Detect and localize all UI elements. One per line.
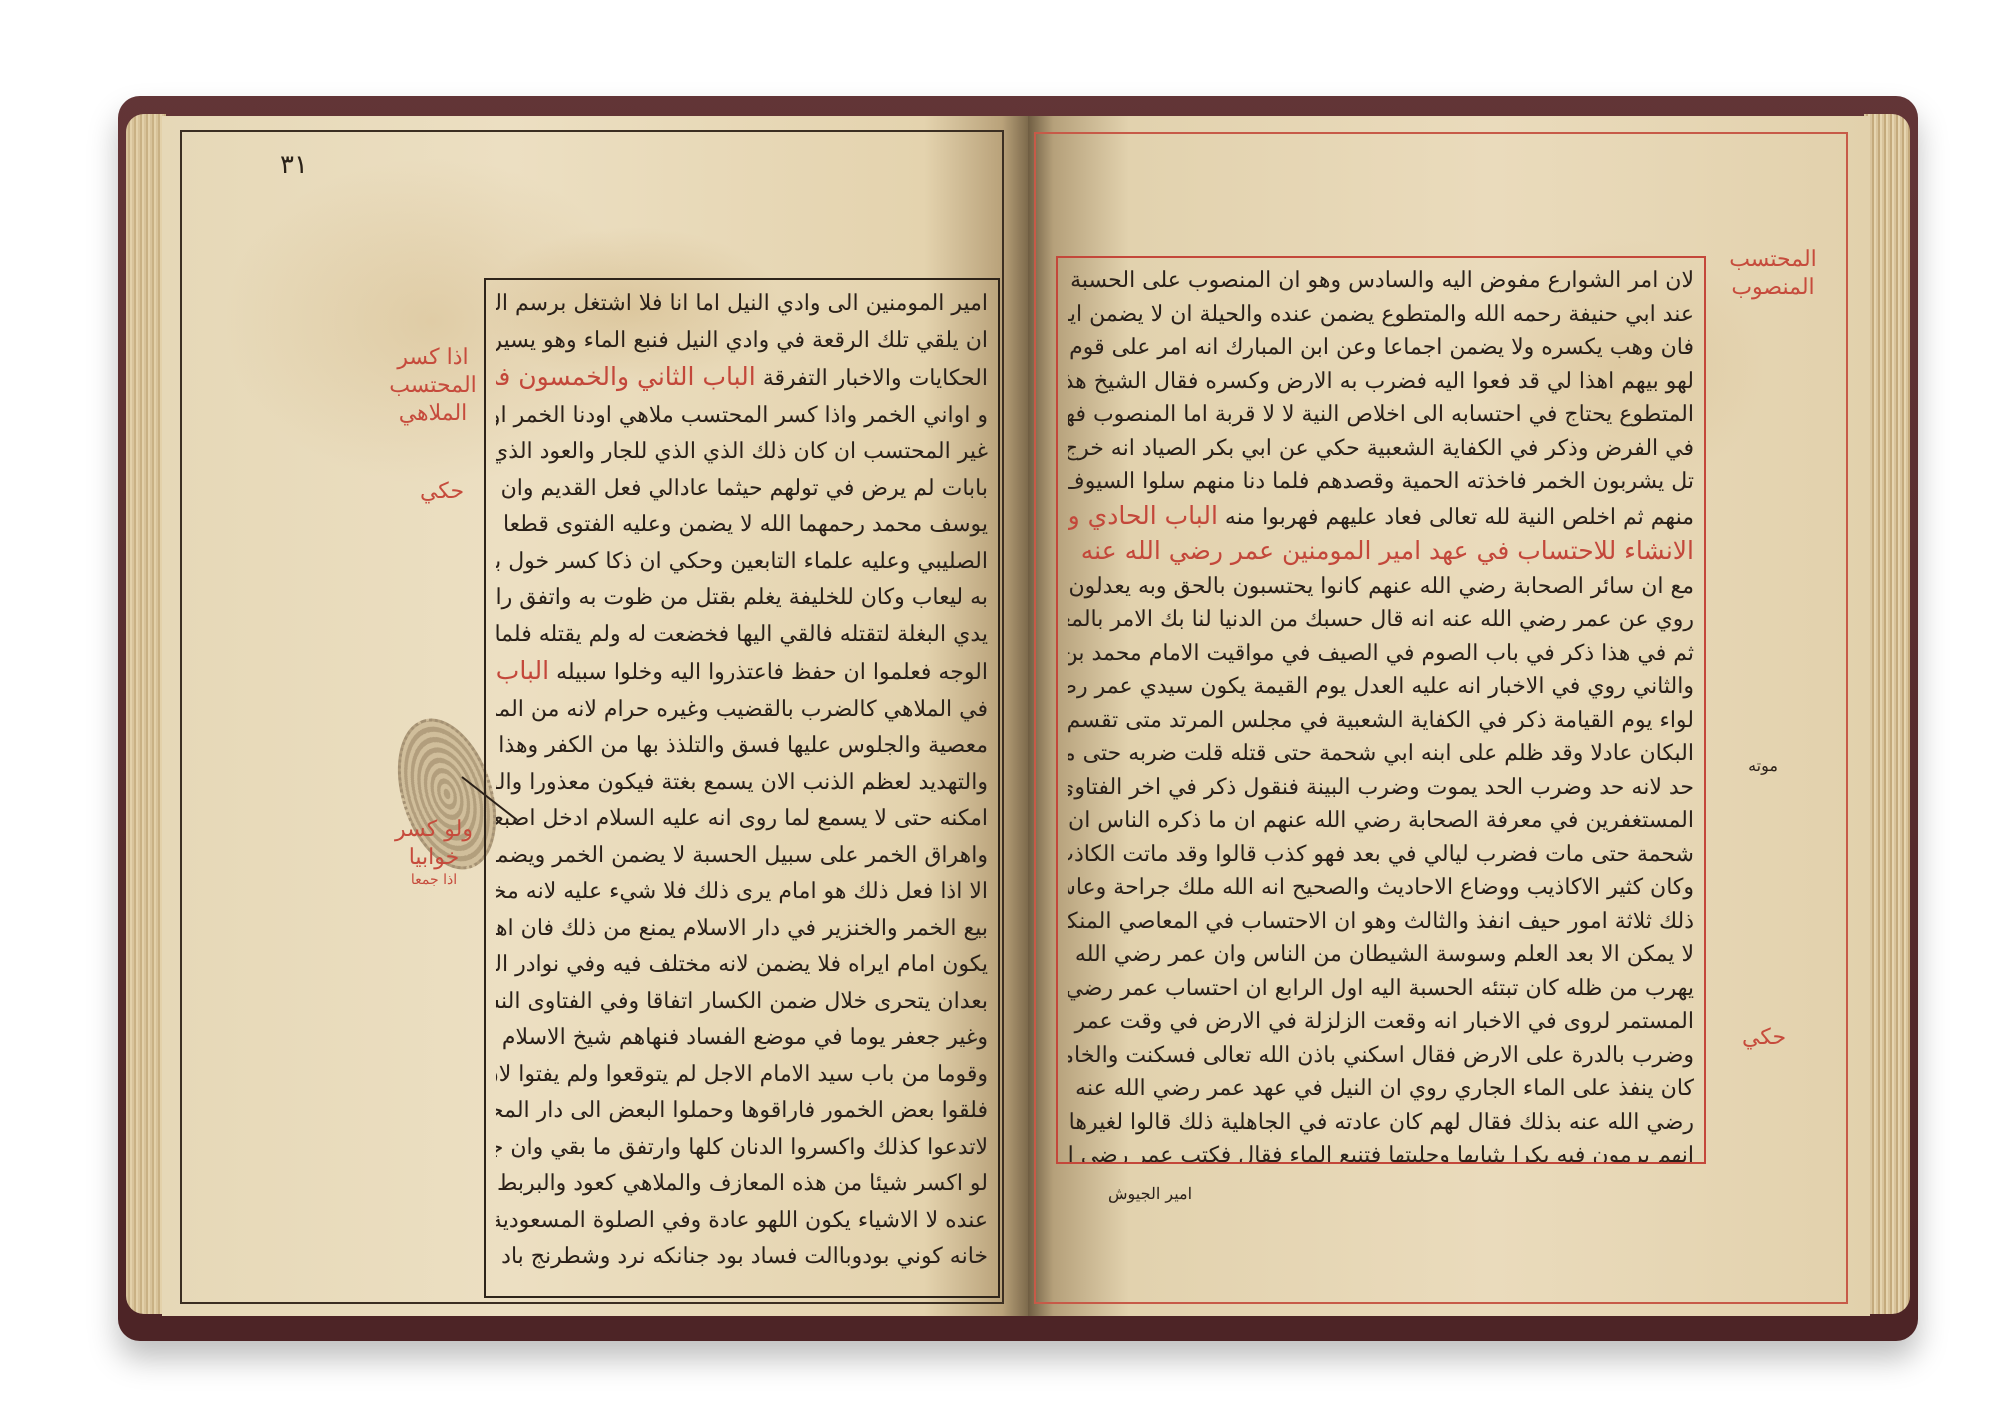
left-page-edges (126, 114, 166, 1314)
chapter-heading: الباب الثالث والخمسون (496, 656, 549, 685)
right-page: المحتسب المنصوب موته حكي لان امر الشوارع… (1028, 116, 1870, 1316)
text-line: يوسف محمد رحمهما الله لا يضمن وعليه الفت… (496, 507, 988, 544)
text-line: تل يشربون الخمر فاخذته الحمية وقصدهم فلم… (1068, 465, 1694, 499)
text-line: والثاني روي في الاخبار انه عليه العدل يو… (1068, 670, 1694, 704)
margin-note-lower: ولو كسر خوابيا اذا جمعا (374, 816, 494, 888)
text-line: وغير جعفر يوما في موضع الفساد فنهاهم شيخ… (496, 1020, 988, 1057)
text-line: لهو بيهم اهذا لي قد فعوا اليه فضرب به ال… (1068, 365, 1694, 399)
text-line: الوجه فعلموا ان حفظ فاعتذروا اليه وخلوا … (496, 653, 988, 692)
text-line: المستغفرين في معرفة الصحابة رضي الله عنه… (1068, 804, 1694, 838)
text-line: واهراق الخمر على سبيل الحسبة لا يضمن الخ… (496, 838, 988, 875)
text-line: عند ابي حنيفة رحمه الله والمتطوع يضمن عن… (1068, 298, 1694, 332)
text-line: لواء يوم القيامة ذكر في الكفاية الشعبية … (1068, 704, 1694, 738)
text-line: وكان كثير الاكاذيب ووضاع الاحاديث والصحي… (1068, 871, 1694, 905)
text-line: شحمة حتى مات فضرب ليالي في بعد فهو كذب ق… (1068, 838, 1694, 872)
margin-note-upper: اذا كسر المحتسب الملاهي (368, 344, 498, 428)
text-line: به ليعاب وكان للخليفة يغلم بقتل من ظوت ب… (496, 580, 988, 617)
text-line: يهرب من ظله كان تبتئه الحسبة اليه اول ال… (1068, 972, 1694, 1006)
text-line: كان ينفذ على الماء الجاري روي ان النيل ف… (1068, 1072, 1694, 1106)
text-line: امكنه حتى لا يسمع لما روى انه عليه السلا… (496, 801, 988, 838)
text-line: فلقوا بعض الخمور فاراقوها وحملوا البعض ا… (496, 1093, 988, 1130)
text-line: روي عن عمر رضي الله عنه انه قال حسبك من … (1068, 603, 1694, 637)
text-line: والتهديد لعظم الذنب الان يسمع بغتة فيكون… (496, 765, 988, 802)
text-line: لان امر الشوارع مفوض اليه والسادس وهو ان… (1068, 264, 1694, 298)
open-manuscript: ٣١ اذا كسر المحتسب الملاهي حكي ولو كسر خ… (118, 96, 1918, 1346)
text-line: المستمر لروى في الاخبار انه وقعت الزلزلة… (1068, 1005, 1694, 1039)
chapter-heading: الباب الحادي والخمسون بيان سبب (1068, 501, 1218, 530)
text-line: و اواني الخمر واذا كسر المحتسب ملاهي اود… (496, 398, 988, 435)
left-page: ٣١ اذا كسر المحتسب الملاهي حكي ولو كسر خ… (162, 116, 1028, 1316)
text-line: عنده لا الاشياء يكون اللهو عادة وفي الصل… (496, 1203, 988, 1240)
text-line: بابات لم يرض في تولهم حيثما عادالي فعل ا… (496, 471, 988, 508)
text-line: الصليبي وعليه علماء التابعين وحكي ان ذكا… (496, 544, 988, 581)
text-line: خانه كوني بودوباالت فساد بود جنانكه نرد … (496, 1239, 988, 1276)
text-line: ذلك ثلاثة امور حيف انفذ والثالث وهو ان ا… (1068, 905, 1694, 939)
text-line: ثم في هذا ذكر في باب الصوم في الصيف في م… (1068, 637, 1694, 671)
text-line: يدي البغلة لتقتله فالقي اليها فخضعت له و… (496, 617, 988, 654)
right-text-block: لان امر الشوارع مفوض اليه والسادس وهو ان… (1056, 256, 1706, 1164)
text-line: وضرب بالدرة على الارض فقال اسكني باذن ال… (1068, 1039, 1694, 1073)
text-line: ان يلقي تلك الرقعة في وادي النيل فنبع ال… (496, 323, 988, 360)
text-line: انهم يرمون فيه بكرا بثيابها وحليتها فتنب… (1068, 1139, 1694, 1164)
folio-number: ٣١ (280, 150, 308, 180)
text-line: رضي الله عنه بذلك فقال لهم كان عادته في … (1068, 1106, 1694, 1140)
text-line: فان وهب يكسره ولا يضمن اجماعا وعن ابن ال… (1068, 331, 1694, 365)
text-line: معصية والجلوس عليها فسق والتلذذ بها من ا… (496, 728, 988, 765)
margin-note-lower: حكي (1734, 1024, 1794, 1052)
text-line: البكان عادلا وقد ظلم على ابنه ابي شحمة ح… (1068, 737, 1694, 771)
text-line: حد لانه حد وضرب الحد يموت وضرب البينة فن… (1068, 771, 1694, 805)
text-line: المتطوع يحتاج في احتسابه الى اخلاص النية… (1068, 398, 1694, 432)
chapter-heading: الباب الثاني والخمسون في الملاهي (496, 362, 756, 391)
text-line: الا اذا فعل ذلك هو امام يرى ذلك فلا شيء … (496, 874, 988, 911)
left-text-block: امير المومنين الى وادي النيل اما انا فلا… (484, 278, 1000, 1298)
text-line: مع ان سائر الصحابة رضي الله عنهم كانوا ي… (1068, 570, 1694, 604)
text-line: الانشاء للاحتساب في عهد امير المومنين عم… (1068, 534, 1694, 570)
text-line: بعدان يتحرى خلال ضمن الكسار اتفاقا وفي ا… (496, 984, 988, 1021)
text-line: الحكايات والاخبار التفرقة الباب الثاني و… (496, 359, 988, 398)
text-line: لاتدعوا كذلك واكسروا الدنان كلها وارتفق … (496, 1130, 988, 1167)
text-line: بيع الخمر والخنزير في دار الاسلام يمنع م… (496, 911, 988, 948)
text-line: في الملاهي كالضرب بالقضيب وغيره حرام لان… (496, 692, 988, 729)
text-line: امير المومنين الى وادي النيل اما انا فلا… (496, 286, 988, 323)
text-line: وقوما من باب سيد الامام الاجل لم يتوقعوا… (496, 1057, 988, 1094)
margin-note-upper: المحتسب المنصوب (1718, 246, 1828, 302)
text-line: لو اكسر شيئا من هذه المعازف والملاهي كعو… (496, 1166, 988, 1203)
chapter-heading: الانشاء للاحتساب في عهد امير المومنين عم… (1081, 536, 1694, 565)
text-line: يكون امام ايراه فلا يضمن لانه مختلف فيه … (496, 947, 988, 984)
catchword: امير الجيوش (1108, 1184, 1192, 1203)
text-line: غير المحتسب ان كان ذلك الذي الذي للجار و… (496, 434, 988, 471)
right-page-edges (1864, 114, 1910, 1314)
margin-note-middle: موته (1728, 752, 1798, 780)
text-line: في الفرض وذكر في الكفاية الشعبية حكي عن … (1068, 432, 1694, 466)
text-line: منهم ثم اخلص النية لله تعالى فعاد عليهم … (1068, 499, 1694, 535)
text-line: لا يمكن الا بعد العلم وسوسة الشيطان من ا… (1068, 938, 1694, 972)
margin-note-middle: حكي (412, 478, 472, 506)
